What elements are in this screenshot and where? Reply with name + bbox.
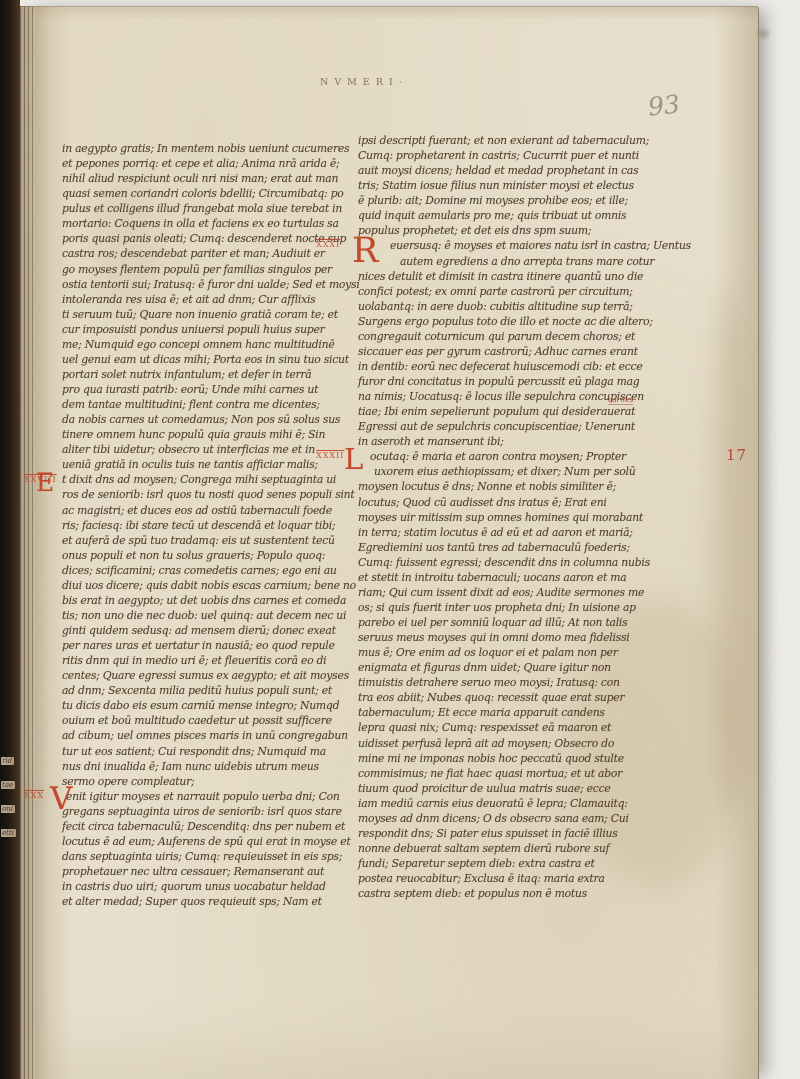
margin-chapter-numeral: XXXII bbox=[316, 451, 344, 460]
text-line: portari solet nutrix infantulum; et defe… bbox=[62, 367, 362, 382]
text-line: ocutaq: ē maria et aaron contra moysen; … bbox=[358, 449, 664, 464]
text-line: pulus et colligens illud frangebat mola … bbox=[62, 201, 362, 216]
text-line: ritis dnm qui in medio uri ē; et fleueri… bbox=[62, 653, 362, 668]
text-line: uolabantq: in aere duob: cubitis altitud… bbox=[358, 299, 664, 314]
text-line: uidisset perfusā leprā ait ad moysen; Ob… bbox=[358, 736, 664, 751]
text-line: tabernaculum; Et ecce maria apparuit can… bbox=[358, 705, 664, 720]
text-line: da nobis carnes ut comedamus; Non pos sū… bbox=[62, 412, 362, 427]
text-line: tinere omnem hunc populū quia grauis mih… bbox=[62, 427, 362, 442]
rubric-initial-L: L bbox=[344, 445, 363, 474]
text-line: Cumq: fuissent egressi; descendit dns in… bbox=[358, 555, 664, 570]
text-line: enit igitur moyses et narrauit populo ue… bbox=[62, 789, 362, 804]
text-line: prophetauer nec ultra cessauer; Remanser… bbox=[62, 864, 362, 879]
text-line: et alter medad; Super quos requieuit sps… bbox=[62, 894, 362, 909]
margin-chapter-numeral: XXVIII bbox=[24, 475, 57, 484]
text-line: seruus meus moyses qui in omni domo mea … bbox=[358, 630, 664, 645]
text-line: ros de seniorib: isrl quos tu nosti quod… bbox=[62, 487, 362, 502]
text-line: locutus; Quod cū audisset dns iratus ē; … bbox=[358, 495, 664, 510]
text-line: centes; Quare egressi sumus ex aegypto; … bbox=[62, 668, 362, 683]
text-line: cur imposuisti pondus uniuersi populi hu… bbox=[62, 322, 362, 337]
text-line: dices; scificamini; cras comedetis carne… bbox=[62, 563, 362, 578]
edge-letter-fragment: oni bbox=[1, 805, 15, 813]
text-line: Cumq: prophetarent in castris; Cucurrit … bbox=[358, 148, 664, 163]
text-line: per nares uras et uertatur in nausiā; eo… bbox=[62, 638, 362, 653]
text-line: mus ē; Ore enim ad os loquor ei et palam… bbox=[358, 645, 664, 660]
text-line: et stetit in introitu tabernaculi; uocan… bbox=[358, 570, 664, 585]
text-line: ostia tentorii sui; Iratusq: ē furor dni… bbox=[62, 277, 362, 292]
text-line: in aegypto gratis; In mentem nobis ueniu… bbox=[62, 141, 362, 156]
text-line: Surgens ergo populus toto die illo et no… bbox=[358, 314, 664, 329]
text-line: enigmata et figuras dnm uidet; Quare igi… bbox=[358, 660, 664, 675]
text-line: uxorem eius aethiopissam; et dixer; Num … bbox=[358, 464, 664, 479]
text-line: intoleranda res uisa ē; et ait ad dnm; C… bbox=[62, 292, 362, 307]
text-line: furor dni concitatus in populū percussit… bbox=[358, 374, 664, 389]
text-line: moyses ad dnm dicens; O ds obsecro sana … bbox=[358, 811, 664, 826]
text-line: timuistis detrahere seruo meo moysi; Ira… bbox=[358, 675, 664, 690]
text-line: t dixit dns ad moysen; Congrega mihi sep… bbox=[62, 472, 362, 487]
text-line: ē plurib: ait; Domine mi moyses prohibe … bbox=[358, 193, 664, 208]
text-line: Egrediemini uos tantū tres ad tabernacul… bbox=[358, 540, 664, 555]
text-line: fundi; Separetur septem dieb: extra cast… bbox=[358, 856, 664, 871]
text-line: nonne debuerat saltam septem dierū rubor… bbox=[358, 841, 664, 856]
manuscript-page: NVMERI· 93 in aegypto gratis; In mentem … bbox=[20, 6, 759, 1079]
text-line: ouium et boū multitudo caedetur ut possi… bbox=[62, 713, 362, 728]
text-line: moyses uir mitissim sup omnes homines qu… bbox=[358, 510, 664, 525]
text-line: et auferā de spū tuo tradamq: eis ut sus… bbox=[62, 533, 362, 548]
text-line: pro qua iurasti patrib: eorū; Unde mihi … bbox=[62, 382, 362, 397]
text-line: ac magistri; et duces eos ad ostiū taber… bbox=[62, 503, 362, 518]
parchment-stain bbox=[708, 287, 752, 807]
rubric-initial-V: V bbox=[50, 784, 72, 815]
text-line: onus populi et non tu solus graueris; Po… bbox=[62, 548, 362, 563]
corner-inscription-faint bbox=[755, 27, 771, 41]
text-line: gregans septuaginta uiros de seniorib: i… bbox=[62, 804, 362, 819]
text-line: ad cibum; uel omnes pisces maris in unū … bbox=[62, 728, 362, 743]
text-line: in aseroth et manserunt ibi; bbox=[358, 434, 664, 449]
text-line: postea reuocabitur; Exclusa ē itaq: mari… bbox=[358, 871, 664, 886]
text-line: auit moysi dicens; heldad et medad proph… bbox=[358, 163, 664, 178]
text-line: ginti quidem sedusq: ad mensem dierū; do… bbox=[62, 623, 362, 638]
text-line: locutus ē ad eum; Auferens de spū qui er… bbox=[62, 834, 362, 849]
text-line: mortario: Coquens in olla et faciens ex … bbox=[62, 216, 362, 231]
folio-number: 93 bbox=[647, 89, 682, 121]
text-line: ti seruum tuū; Quare non inuenio gratiā … bbox=[62, 307, 362, 322]
text-line: diui uos dicere; quis dabit nobis escas … bbox=[62, 578, 362, 593]
margin-chapter-arabic: 17 bbox=[726, 446, 747, 464]
text-line: nus dni inualida ē; Iam nunc uidebis utr… bbox=[62, 759, 362, 774]
text-line: autem egrediens a dno arrepta trans mare… bbox=[358, 254, 664, 269]
running-title: NVMERI· bbox=[320, 77, 408, 88]
page-edges bbox=[20, 7, 36, 1079]
text-line: bis erat in aegypto; ut det uobis dns ca… bbox=[62, 593, 362, 608]
rubric-initial-R: R bbox=[352, 234, 378, 269]
edge-letter-fragment: etti bbox=[1, 829, 16, 837]
book-binding bbox=[0, 0, 20, 1079]
margin-chapter-numeral: XXX bbox=[24, 791, 44, 800]
text-line: confici potest; ex omni parte castrorū p… bbox=[358, 284, 664, 299]
text-line: dem tantae multitudini; flent contra me … bbox=[62, 397, 362, 412]
edge-letter-fragment: tae bbox=[1, 781, 15, 789]
text-line: os; si quis fuerit inter uos propheta dn… bbox=[358, 600, 664, 615]
text-line: parebo ei uel per somniū loquar ad illū;… bbox=[358, 615, 664, 630]
text-line: iam mediū carnis eius deuoratū ē lepra; … bbox=[358, 796, 664, 811]
margin-chapter-numeral: XXXI bbox=[316, 240, 340, 249]
text-line: ris; faciesq: ibi stare tecū ut descendā… bbox=[62, 518, 362, 533]
manuscript-photo: NVMERI· 93 in aegypto gratis; In mentem … bbox=[0, 0, 800, 1079]
text-line: congregauit coturnicum qui parum decem c… bbox=[358, 329, 664, 344]
text-line: quasi semen coriandri coloris bdellii; C… bbox=[62, 186, 362, 201]
text-line: dans septuaginta uiris; Cumq: requieuiss… bbox=[62, 849, 362, 864]
text-line: riam; Qui cum issent dixit ad eos; Audit… bbox=[358, 585, 664, 600]
text-line: moysen locutus ē dns; Nonne et nobis sim… bbox=[358, 479, 664, 494]
text-line: lepra quasi nix; Cumq: respexisset eā ma… bbox=[358, 720, 664, 735]
text-line: ipsi descripti fuerant; et non exierant … bbox=[358, 133, 664, 148]
text-line: ad dnm; Sexcenta milia peditū huius popu… bbox=[62, 683, 362, 698]
text-line: tu dicis dabo eis esum carniū mense inte… bbox=[62, 698, 362, 713]
text-line: commisimus; ne fiat haec quasi mortua; e… bbox=[358, 766, 664, 781]
text-line: uel genui eam ut dicas mihi; Porta eos i… bbox=[62, 352, 362, 367]
text-column-left: in aegypto gratis; In mentem nobis ueniu… bbox=[62, 141, 362, 909]
text-line: in dentib: eorū nec defecerat huiuscemod… bbox=[358, 359, 664, 374]
text-line: respondit dns; Si pater eius spuisset in… bbox=[358, 826, 664, 841]
text-line: fecit circa tabernaculū; Descenditq: dns… bbox=[62, 819, 362, 834]
text-line: castra septem dieb: et populus non ē mot… bbox=[358, 886, 664, 901]
text-line: populus prophetet; et det eis dns spm su… bbox=[358, 223, 664, 238]
text-line: sermo opere compleatur; bbox=[62, 774, 362, 789]
text-line: tis; non uno die nec duob: uel quinq: au… bbox=[62, 608, 362, 623]
text-line: tris; Statim iosue filius nun minister m… bbox=[358, 178, 664, 193]
text-line: nihil aliud respiciunt oculi nri nisi ma… bbox=[62, 171, 362, 186]
text-line: tra eos abiit; Nubes quoq: recessit quae… bbox=[358, 690, 664, 705]
text-line: siccauer eas per gyrum castrorū; Adhuc c… bbox=[358, 344, 664, 359]
text-line: Egressi aut de sepulchris concupiscentia… bbox=[358, 419, 664, 434]
text-line: tiuum quod proicitur de uulua matris sua… bbox=[358, 781, 664, 796]
edge-letter-fragment: rld bbox=[1, 757, 14, 765]
text-line: euersusq: ē moyses et maiores natu isrl … bbox=[358, 238, 664, 253]
text-line: nices detulit et dimisit in castra itine… bbox=[358, 269, 664, 284]
text-line: in castris duo uiri; quorum unus uocabat… bbox=[62, 879, 362, 894]
interlinear-correction: carnes bbox=[608, 395, 633, 405]
text-line: tiae; Ibi enim sepelierunt populum qui d… bbox=[358, 404, 664, 419]
text-column-right: ipsi descripti fuerant; et non exierant … bbox=[358, 133, 664, 901]
text-line: me; Numquid ego concepi omnem hanc multi… bbox=[62, 337, 362, 352]
text-line: in terra; statim locutus ē ad eū et ad a… bbox=[358, 525, 664, 540]
text-line: tur ut eos satient; Cui respondit dns; N… bbox=[62, 744, 362, 759]
text-line: quid inquit aemularis pro me; quis tribu… bbox=[358, 208, 664, 223]
text-line: mine mi ne imponas nobis hoc peccatū quo… bbox=[358, 751, 664, 766]
text-line: go moyses flentem populū per familias si… bbox=[62, 262, 362, 277]
text-line: et pepones porriq: et cepe et alia; Anim… bbox=[62, 156, 362, 171]
